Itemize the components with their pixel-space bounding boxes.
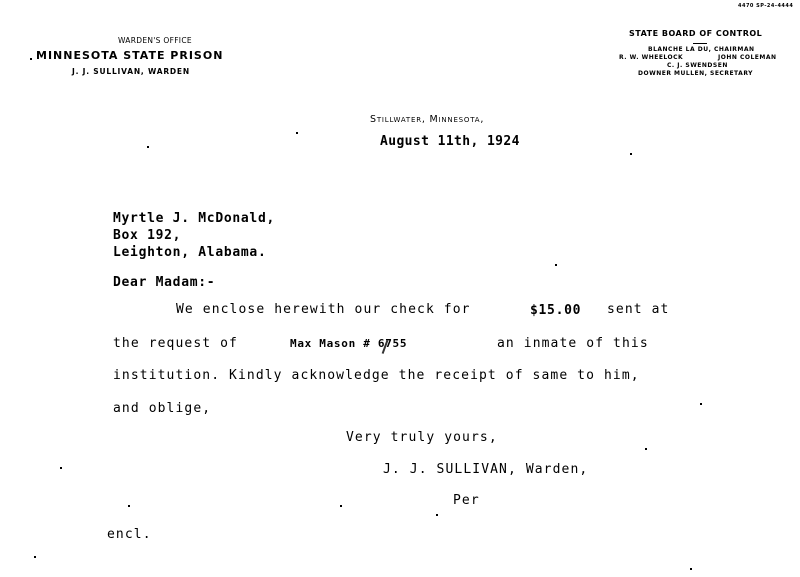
scan-speck [60,467,62,469]
body-line-2-end: an inmate of this [497,336,649,351]
per-line: Per [453,493,480,508]
body-line-1-end: sent at [607,302,670,317]
letter-place: Stillwater, Minnesota, [370,114,484,125]
scan-speck [555,264,557,266]
scan-speck [630,153,632,155]
recipient-city: Leighton, Alabama. [113,245,266,260]
scan-speck [700,403,702,405]
board-divider [693,43,707,44]
inmate-name: Max Mason # 6755 [290,337,407,350]
board-member: C. J. SWENDSEN [667,62,728,69]
board-title: STATE BOARD OF CONTROL [629,29,762,38]
letter-page: { "letterhead_left": { "office": "WARDEN… [0,0,800,577]
enclosure-note: encl. [107,527,152,542]
letterhead-institution: MINNESOTA STATE PRISON [36,49,223,62]
scan-speck [34,556,36,558]
scan-speck [690,568,692,570]
body-line-2: the request of [113,336,238,351]
signer: J. J. SULLIVAN, Warden, [383,462,588,477]
body-line-1: We enclose herewith our check for [176,302,471,317]
letterhead-warden: J. J. SULLIVAN, WARDEN [72,67,190,76]
salutation: Dear Madam:- [113,275,215,290]
board-chairman: BLANCHE LA DU, CHAIRMAN [648,46,755,53]
scan-speck [340,505,342,507]
document-code: 4470 SP-24-4444 [738,3,793,9]
board-member: JOHN COLEMAN [718,54,777,61]
board-secretary: DOWNER MULLEN, SECRETARY [638,70,753,77]
letterhead-office: WARDEN'S OFFICE [118,36,192,45]
scan-speck [645,448,647,450]
body-line-4: and oblige, [113,401,211,416]
scan-speck [436,514,438,516]
recipient-name: Myrtle J. McDonald, [113,211,275,226]
scan-speck [128,505,130,507]
scan-speck [147,146,149,148]
body-line-3: institution. Kindly acknowledge the rece… [113,368,640,383]
letter-date: August 11th, 1924 [380,134,520,149]
scan-speck [296,132,298,134]
closing: Very truly yours, [346,430,498,445]
scan-speck [30,58,32,60]
board-member: R. W. WHEELOCK [619,54,683,61]
check-amount: $15.00 [530,303,581,318]
recipient-box: Box 192, [113,228,181,243]
